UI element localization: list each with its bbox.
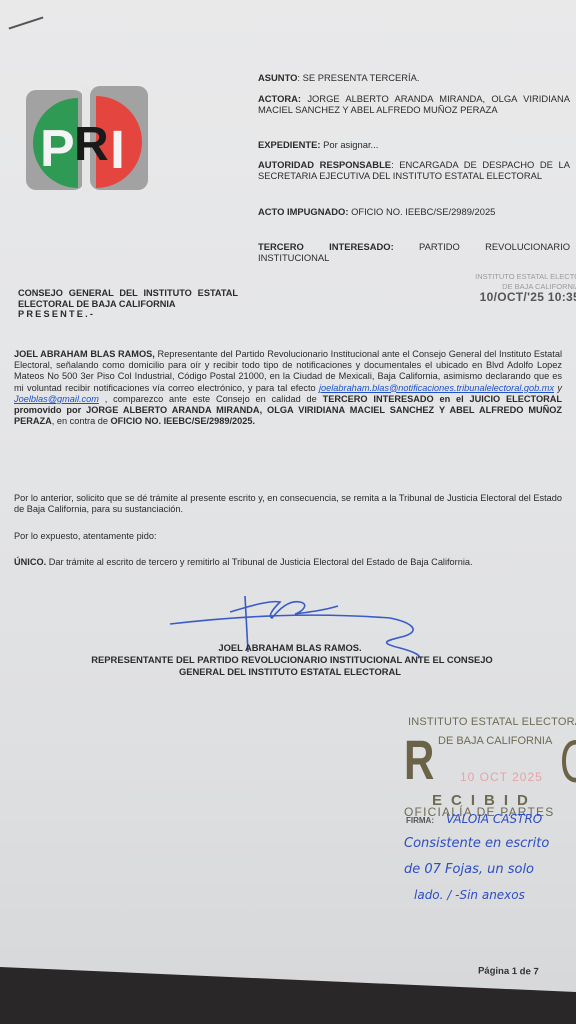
presente: PRESENTE.- [18, 309, 238, 320]
expediente-label: EXPEDIENTE: [258, 139, 321, 150]
representative-name: JOEL ABRAHAM BLAS RAMOS, [14, 349, 155, 359]
actora: ACTORA: JORGE ALBERTO ARANDA MIRANDA, OL… [258, 94, 570, 115]
autoridad-responsable: AUTORIDAD RESPONSABLE: ENCARGADA DE DESP… [258, 160, 570, 181]
svg-text:R: R [74, 118, 109, 171]
signer-title-line2: GENERAL DEL INSTITUTO ESTATAL ELECTORAL [40, 666, 540, 677]
tercero-interesado: TERCERO INTERESADO: PARTIDO REVOLUCIONAR… [258, 242, 570, 263]
stamp-date: 10 OCT 2025 [460, 770, 543, 784]
stamp-letter-o: O [560, 732, 576, 792]
unico-label: ÚNICO. [14, 557, 46, 567]
autoridad-label: AUTORIDAD RESPONSABLE [258, 159, 391, 170]
pri-logo: P R I [26, 84, 148, 196]
receipt-timestamp-stamp: INSTITUTO ESTATAL ELECTO DE BAJA CALIFOR… [440, 272, 576, 302]
svg-text:P: P [40, 120, 75, 178]
acto-value: OFICIO NO. IEEBC/SE/2989/2025 [351, 206, 495, 217]
handwritten-note-line3: lado. / -Sin anexos [414, 888, 525, 902]
firma-handwritten: VALOIA CASTRO [446, 812, 542, 826]
handwritten-note-line1: Consistente en escrito [404, 836, 549, 851]
stamp-datetime: 10/OCT/'25 10:35 [440, 292, 576, 302]
asunto: ASUNTO: SE PRESENTA TERCERÍA. [258, 73, 570, 84]
addressee-name: CONSEJO GENERAL DEL INSTITUTO ESTATAL EL… [18, 288, 238, 309]
handwritten-note-line2: de 07 Fojas, un solo [404, 862, 534, 877]
signer-name: JOEL ABRAHAM BLAS RAMOS. [40, 642, 540, 653]
paragraph-unico: ÚNICO. Dar trámite al escrito de tercero… [14, 557, 562, 568]
expediente-value: Por asignar... [323, 139, 378, 150]
paragraph-request: Por lo anterior, solicito que se dé trám… [14, 493, 562, 515]
received-stamp: INSTITUTO ESTATAL ELECTORAL DE BAJA CALI… [400, 708, 576, 818]
intro-text-2: , comparezco ante este Consejo en calida… [99, 394, 323, 404]
tercero-label: TERCERO INTERESADO: [258, 241, 394, 252]
svg-text:I: I [110, 120, 125, 180]
paragraph-intro: JOEL ABRAHAM BLAS RAMOS, Representante d… [14, 349, 562, 427]
stamp-letter-r: R [404, 732, 434, 788]
conjunction: y [554, 383, 562, 393]
stamp-institution-name: INSTITUTO ESTATAL ELECTORAL [408, 716, 576, 728]
stamp-state-name: DE BAJA CALIFORNIA [438, 735, 552, 747]
actora-label: ACTORA: [258, 93, 301, 104]
acto-impugnado: ACTO IMPUGNADO: OFICIO NO. IEEBC/SE/2989… [258, 207, 570, 218]
email-link-gmail[interactable]: Joelblas@gmail.com [14, 394, 99, 404]
addressee: CONSEJO GENERAL DEL INSTITUTO ESTATAL EL… [18, 288, 238, 320]
acto-label: ACTO IMPUGNADO: [258, 206, 348, 217]
actora-value: JORGE ALBERTO ARANDA MIRANDA, OLGA VIRID… [258, 93, 570, 115]
intro-text-3: , en contra de [52, 416, 111, 426]
expediente: EXPEDIENTE: Por asignar... [258, 140, 570, 151]
unico-text: Dar trámite al escrito de tercero y remi… [46, 557, 472, 567]
document-page: P R I ASUNTO: SE PRESENTA TERCERÍA. ACTO… [0, 0, 576, 1024]
paragraph-petition-intro: Por lo expuesto, atentamente pido: [14, 531, 562, 542]
stamp-institution: INSTITUTO ESTATAL ELECTO [440, 272, 576, 282]
email-link-notifications[interactable]: joelabraham.blas@notificaciones.tribunal… [319, 383, 554, 393]
page-number: Página 1 de 7 [478, 965, 539, 977]
firma-label: FIRMA: [406, 816, 434, 825]
contested-act: OFICIO NO. IEEBC/SE/2989/2025. [111, 416, 256, 426]
pen-mark [9, 16, 44, 29]
asunto-value: : SE PRESENTA TERCERÍA. [297, 72, 419, 83]
asunto-label: ASUNTO [258, 72, 297, 83]
signer-title-line1: REPRESENTANTE DEL PARTIDO REVOLUCIONARIO… [42, 654, 542, 665]
